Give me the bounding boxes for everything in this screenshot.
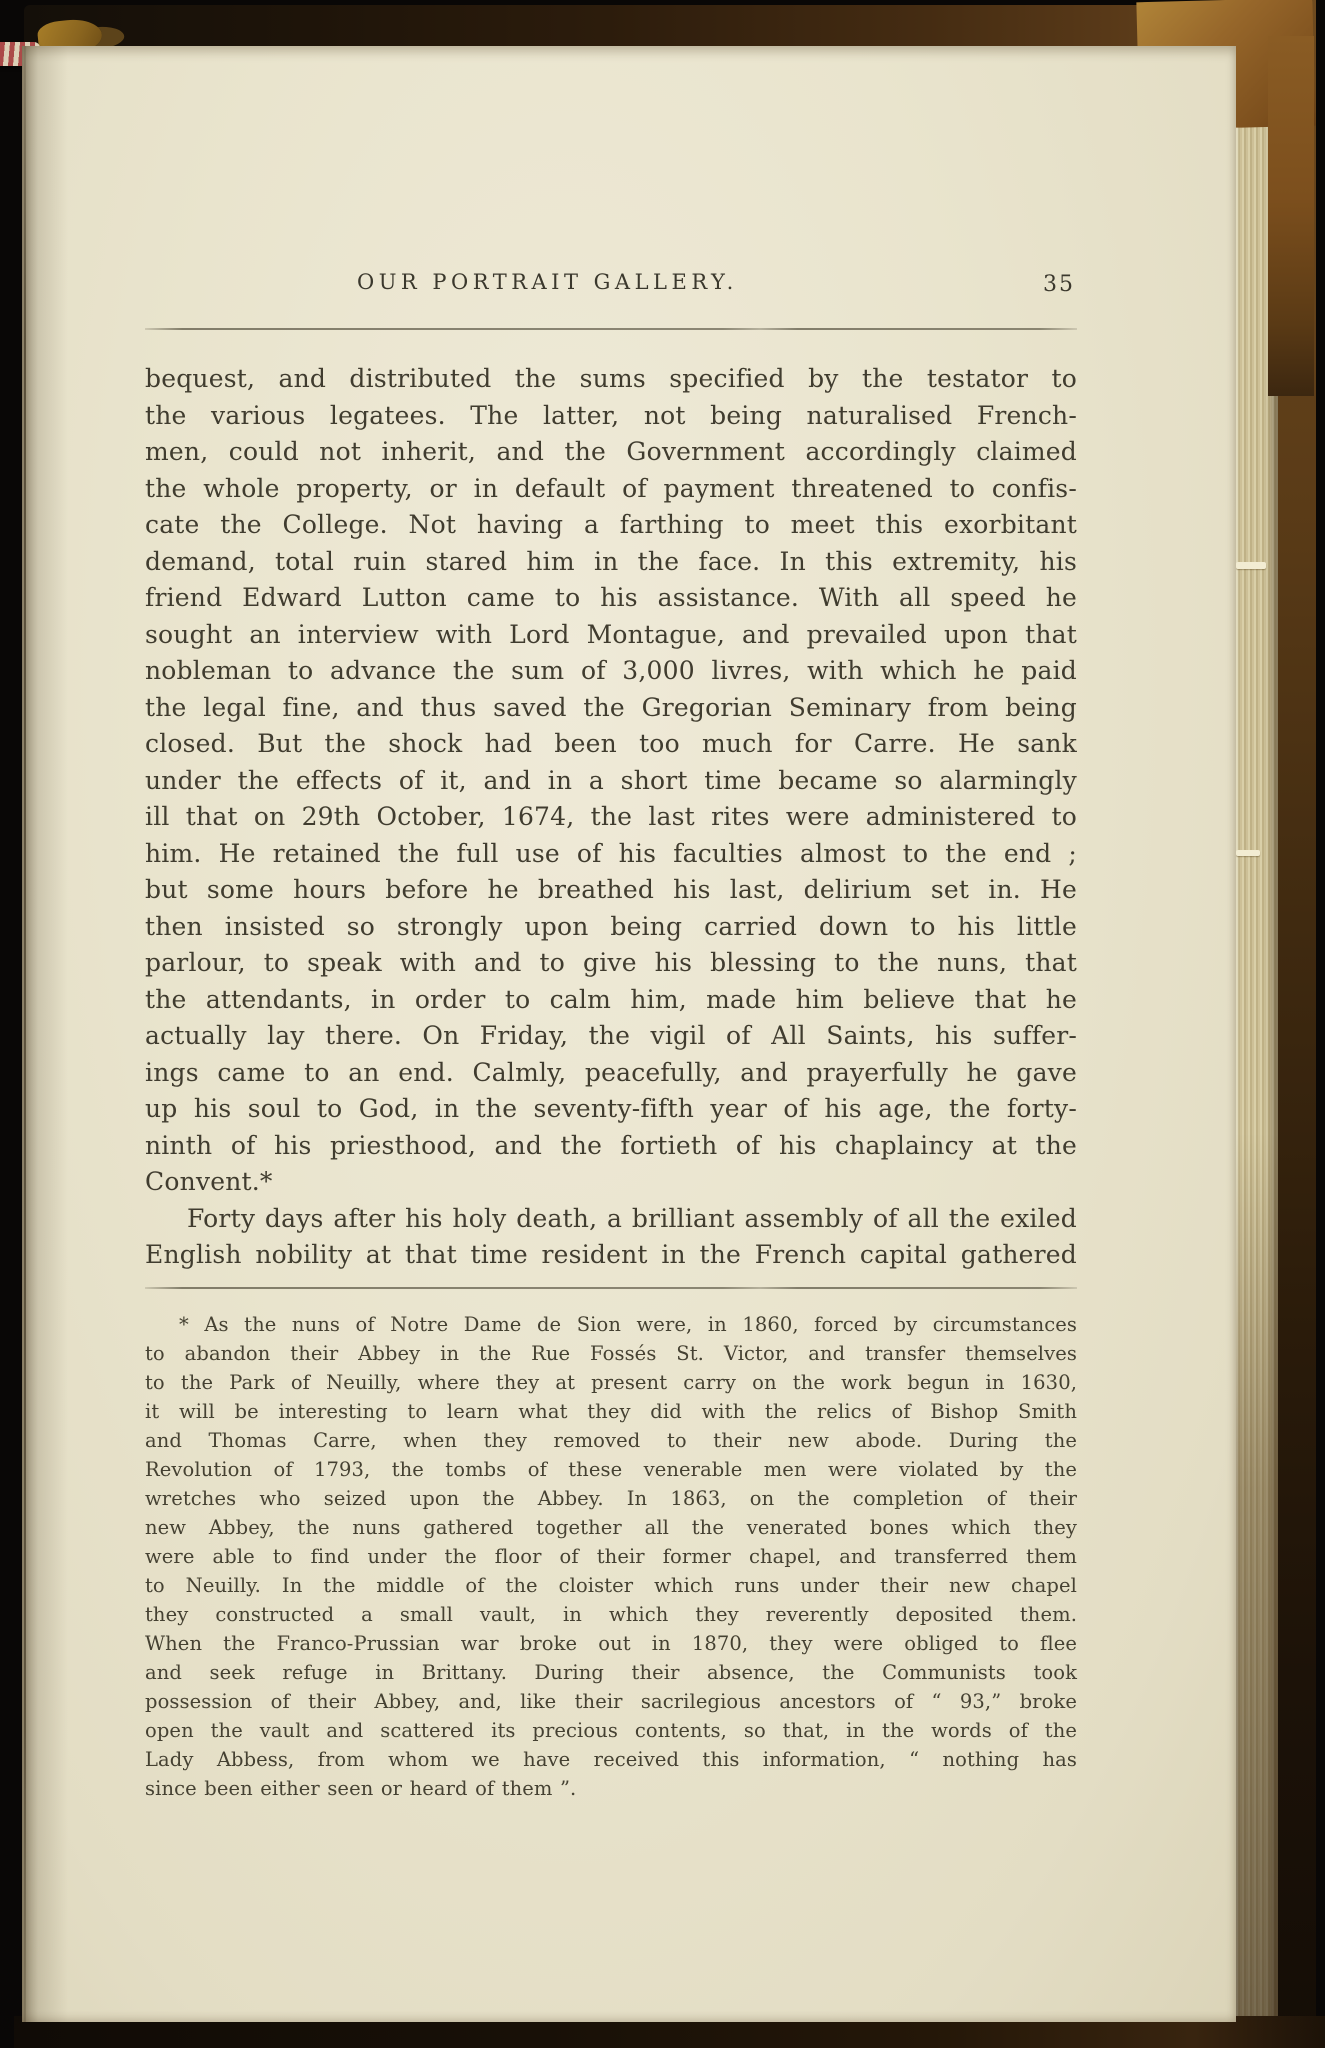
text-column: OUR PORTRAIT GALLERY. 35 bequest, and di… bbox=[145, 46, 1077, 1803]
text-line: * As the nuns of Notre Dame de Sion were… bbox=[145, 1310, 1077, 1339]
text-line: Lady Abbess, from whom we have received … bbox=[145, 1745, 1077, 1774]
text-line: ninth of his priesthood, and the fortiet… bbox=[145, 1128, 1077, 1165]
text-line: parlour, to speak with and to give his b… bbox=[145, 945, 1077, 982]
text-line: actually lay there. On Friday, the vigil… bbox=[145, 1018, 1077, 1055]
photo-background: OUR PORTRAIT GALLERY. 35 bequest, and di… bbox=[0, 0, 1325, 2048]
text-line: When the Franco-Prussian war broke out i… bbox=[145, 1629, 1077, 1658]
text-line: ings came to an end. Calmly, peacefully,… bbox=[145, 1055, 1077, 1092]
leather-corner-tail bbox=[1268, 36, 1314, 396]
text-line: since been either seen or heard of them … bbox=[145, 1774, 1077, 1803]
text-line: closed. But the shock had been too much … bbox=[145, 726, 1077, 763]
text-line: it will be interesting to learn what the… bbox=[145, 1397, 1077, 1426]
page-edge-mark bbox=[1236, 562, 1266, 569]
gutter-shadow bbox=[22, 46, 68, 2022]
book-cover-top-edge bbox=[24, 5, 1316, 49]
text-line: under the effects of it, and in a short … bbox=[145, 763, 1077, 800]
text-line: the various legatees. The latter, not be… bbox=[145, 398, 1077, 435]
text-line: and seek refuge in Brittany. During thei… bbox=[145, 1658, 1077, 1687]
text-line: sought an interview with Lord Montague, … bbox=[145, 617, 1077, 654]
text-line: open the vault and scattered its preciou… bbox=[145, 1716, 1077, 1745]
text-line: wretches who seized upon the Abbey. In 1… bbox=[145, 1484, 1077, 1513]
text-line: Revolution of 1793, the tombs of these v… bbox=[145, 1455, 1077, 1484]
footnote-rule bbox=[145, 1287, 1077, 1289]
running-header-title: OUR PORTRAIT GALLERY. bbox=[357, 270, 738, 294]
text-line: him. He retained the full use of his fac… bbox=[145, 836, 1077, 873]
text-line: new Abbey, the nuns gathered together al… bbox=[145, 1513, 1077, 1542]
text-line: then insisted so strongly upon being car… bbox=[145, 909, 1077, 946]
text-line: were able to find under the floor of the… bbox=[145, 1542, 1077, 1571]
text-line: men, could not inherit, and the Governme… bbox=[145, 434, 1077, 471]
gutter-crease-line bbox=[24, 46, 26, 2022]
text-line: to the Park of Neuilly, where they at pr… bbox=[145, 1368, 1077, 1397]
text-line: the whole property, or in default of pay… bbox=[145, 471, 1077, 508]
body-paragraph-1: bequest, and distributed the sums specif… bbox=[145, 361, 1077, 1201]
text-line: demand, total ruin stared him in the fac… bbox=[145, 544, 1077, 581]
text-line: English nobility at that time resident i… bbox=[145, 1237, 1077, 1274]
text-line: ill that on 29th October, 1674, the last… bbox=[145, 799, 1077, 836]
text-line: they constructed a small vault, in which… bbox=[145, 1600, 1077, 1629]
header-rule bbox=[145, 328, 1077, 330]
text-line: nobleman to advance the sum of 3,000 liv… bbox=[145, 653, 1077, 690]
page-number: 35 bbox=[1043, 272, 1075, 297]
text-line: the legal fine, and thus saved the Grego… bbox=[145, 690, 1077, 727]
footnote-text: * As the nuns of Notre Dame de Sion were… bbox=[145, 1310, 1077, 1803]
text-line: to abandon their Abbey in the Rue Fossés… bbox=[145, 1339, 1077, 1368]
text-line: cate the College. Not having a farthing … bbox=[145, 507, 1077, 544]
text-line: bequest, and distributed the sums specif… bbox=[145, 361, 1077, 398]
text-line: but some hours before he breathed his la… bbox=[145, 872, 1077, 909]
text-line: Convent.* bbox=[145, 1164, 1077, 1201]
body-paragraph-2: Forty days after his holy death, a brill… bbox=[145, 1201, 1077, 1274]
text-line: Forty days after his holy death, a brill… bbox=[145, 1201, 1077, 1238]
text-line: possession of their Abbey, and, like the… bbox=[145, 1687, 1077, 1716]
scanned-page: OUR PORTRAIT GALLERY. 35 bequest, and di… bbox=[22, 46, 1236, 2022]
text-line: to Neuilly. In the middle of the cloiste… bbox=[145, 1571, 1077, 1600]
running-header: OUR PORTRAIT GALLERY. 35 bbox=[145, 270, 1077, 304]
text-line: friend Edward Lutton came to his assista… bbox=[145, 580, 1077, 617]
text-line: and Thomas Carre, when they removed to t… bbox=[145, 1426, 1077, 1455]
text-line: up his soul to God, in the seventy-fifth… bbox=[145, 1091, 1077, 1128]
text-line: the attendants, in order to calm him, ma… bbox=[145, 982, 1077, 1019]
page-edge-mark bbox=[1236, 850, 1260, 856]
